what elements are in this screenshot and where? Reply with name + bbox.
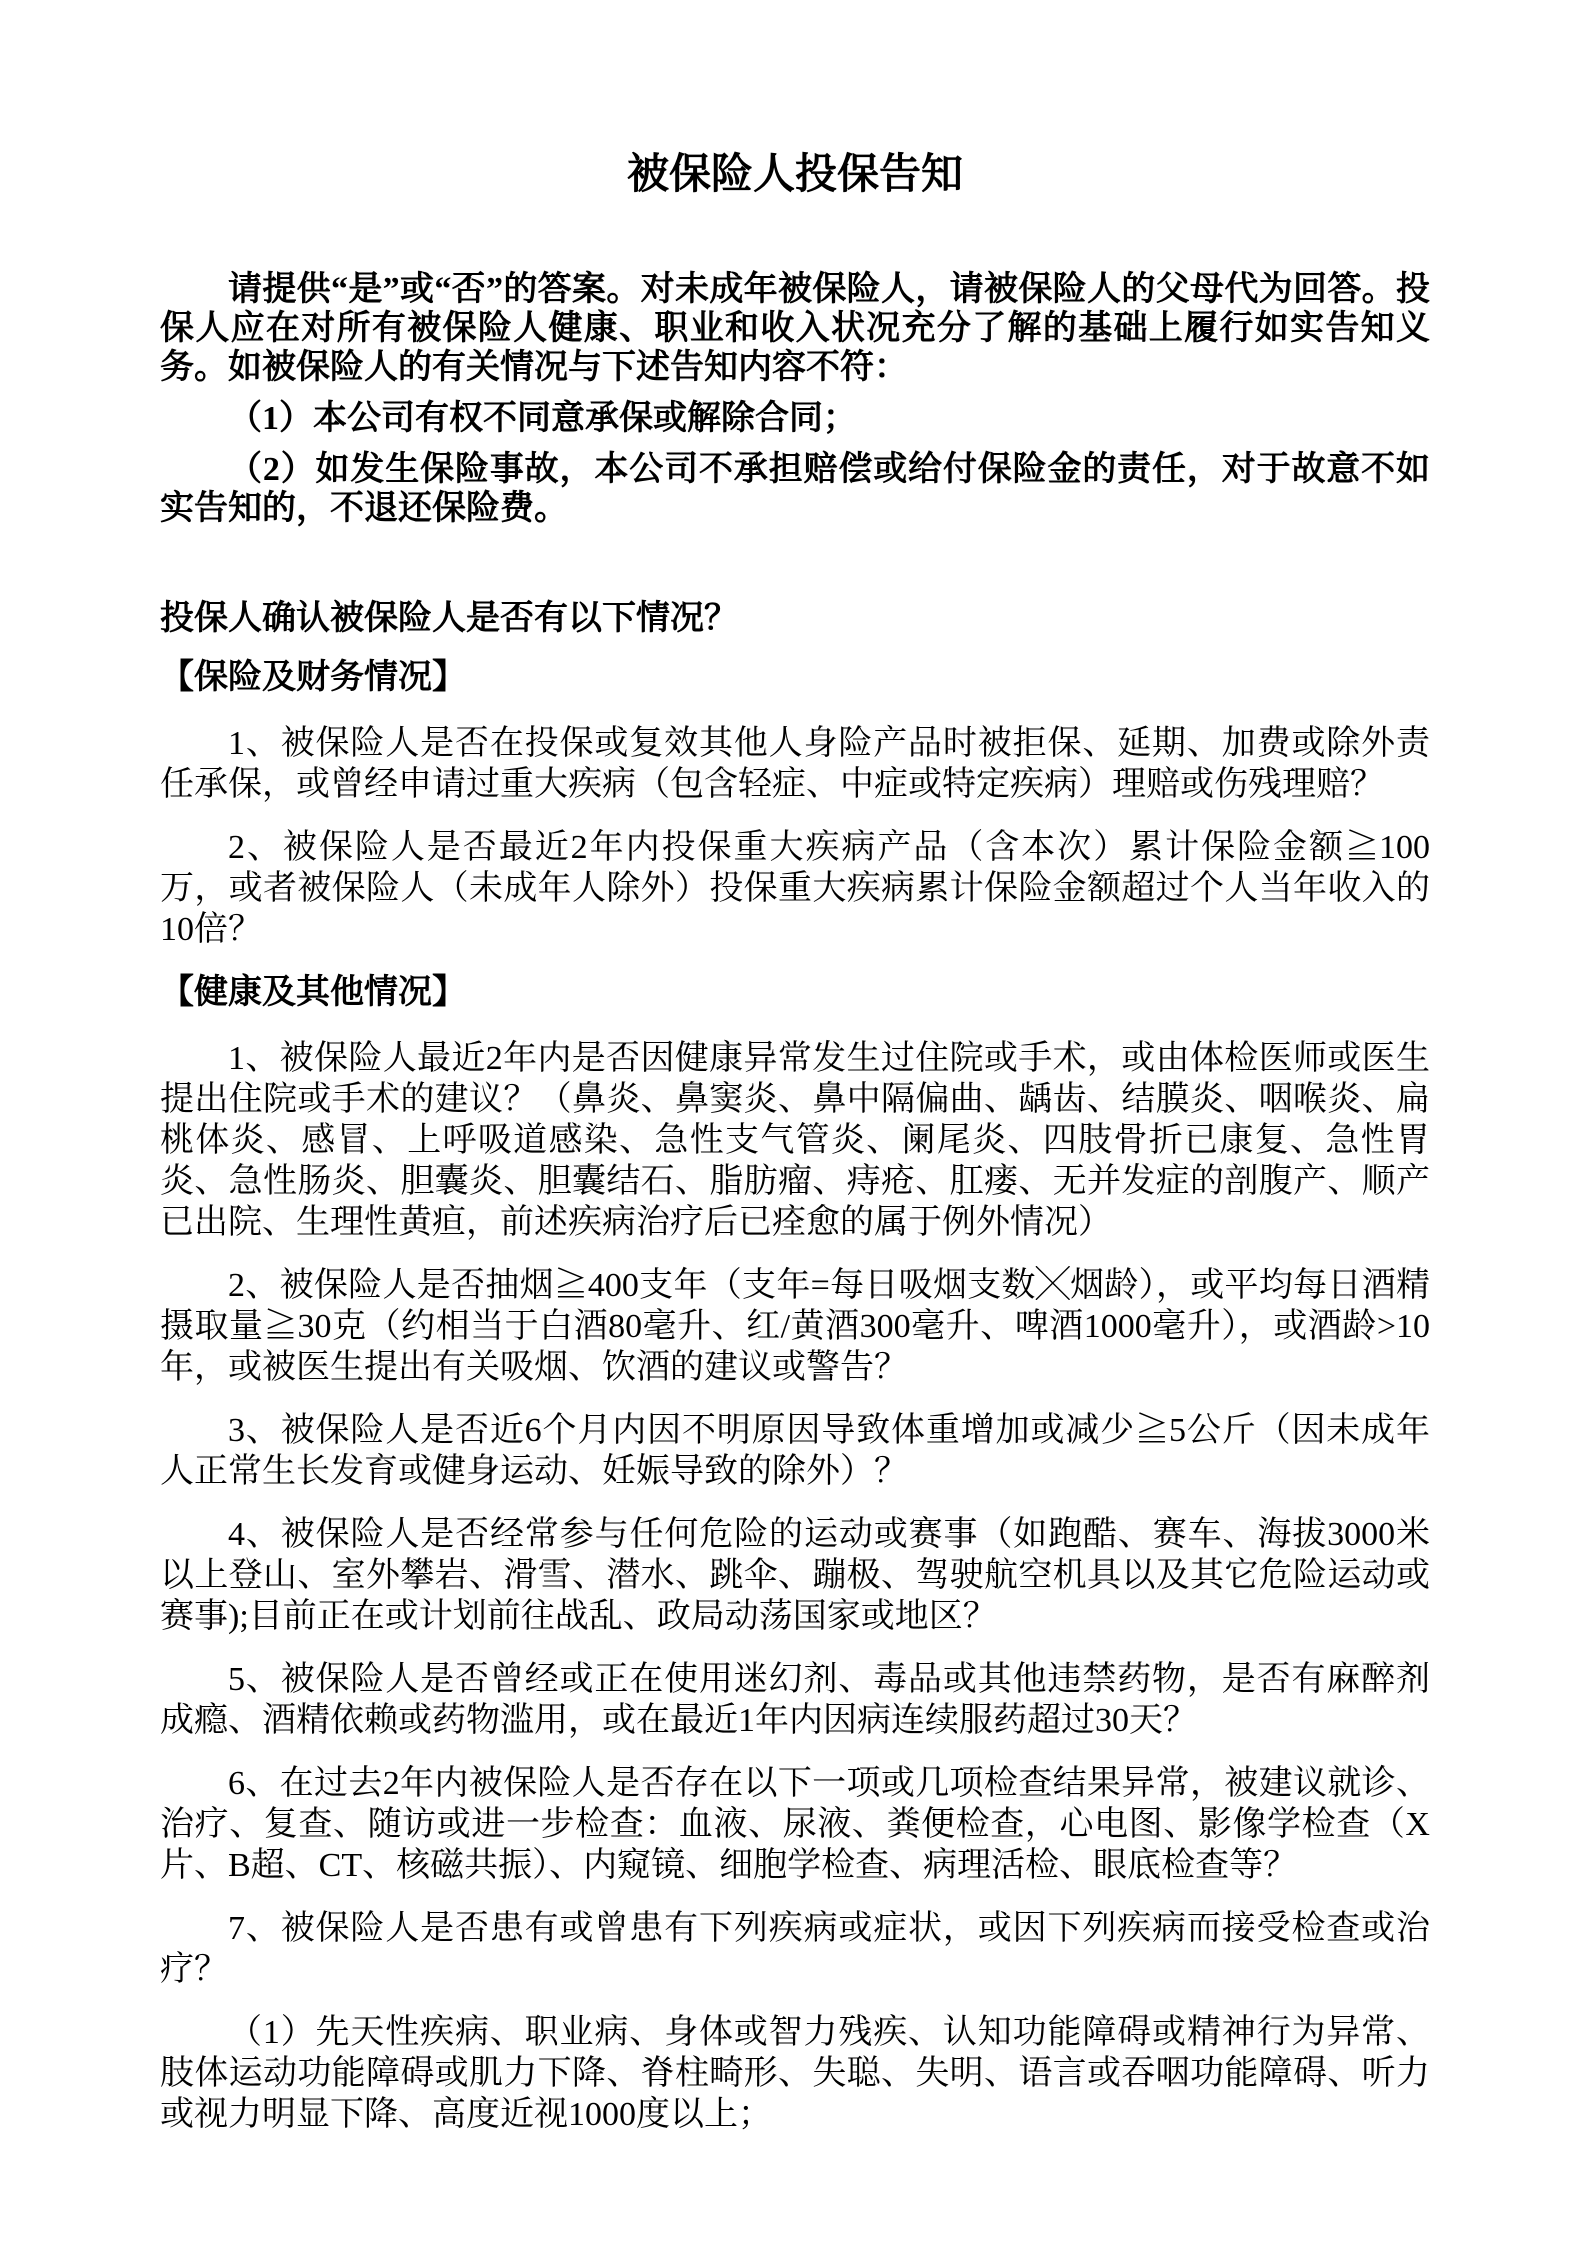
document-page: 被保险人投保告知 请提供“是”或“否”的答案。对未成年被保险人，请被保险人的父母… (0, 0, 1587, 2245)
question-health-1: 1、被保险人最近2年内是否因健康异常发生过住院或手术，或由体检医师或医生提出住院… (160, 1038, 1430, 1243)
question-health-7-sub-1: （1）先天性疾病、职业病、身体或智力残疾、认知功能障碍或精神行为异常、肢体运动功… (160, 2012, 1430, 2135)
question-finance-2: 2、被保险人是否最近2年内投保重大疾病产品（含本次）累计保险金额≧100万，或者… (160, 827, 1430, 950)
intro-paragraph-1: 请提供“是”或“否”的答案。对未成年被保险人，请被保险人的父母代为回答。投保人应… (160, 270, 1430, 387)
question-health-5: 5、被保险人是否曾经或正在使用迷幻剂、毒品或其他违禁药物，是否有麻醉剂成瘾、酒精… (160, 1659, 1430, 1741)
question-health-7: 7、被保险人是否患有或曾患有下列疾病或症状，或因下列疾病而接受检查或治疗？ (160, 1908, 1430, 1990)
page-title: 被保险人投保告知 (160, 150, 1430, 198)
question-finance-1: 1、被保险人是否在投保或复效其他人身险产品时被拒保、延期、加费或除外责任承保，或… (160, 723, 1430, 805)
question-health-6: 6、在过去2年内被保险人是否存在以下一项或几项检查结果异常，被建议就诊、治疗、复… (160, 1763, 1430, 1886)
question-health-3: 3、被保险人是否近6个月内因不明原因导致体重增加或减少≧5公斤（因未成年人正常生… (160, 1410, 1430, 1492)
section-heading-health-other: 【健康及其他情况】 (160, 972, 1430, 1013)
question-health-2: 2、被保险人是否抽烟≧400支年（支年=每日吸烟支数╳烟龄），或平均每日酒精摄取… (160, 1265, 1430, 1388)
question-health-4: 4、被保险人是否经常参与任何危险的运动或赛事（如跑酷、赛车、海拔3000米以上登… (160, 1514, 1430, 1637)
intro-paragraph-2: （1）本公司有权不同意承保或解除合同； (160, 399, 1430, 438)
section-heading-insurance-finance: 【保险及财务情况】 (160, 657, 1430, 698)
confirm-question-heading: 投保人确认被保险人是否有以下情况？ (160, 598, 1430, 639)
intro-paragraph-3: （2）如发生保险事故，本公司不承担赔偿或给付保险金的责任，对于故意不如实告知的，… (160, 450, 1430, 528)
